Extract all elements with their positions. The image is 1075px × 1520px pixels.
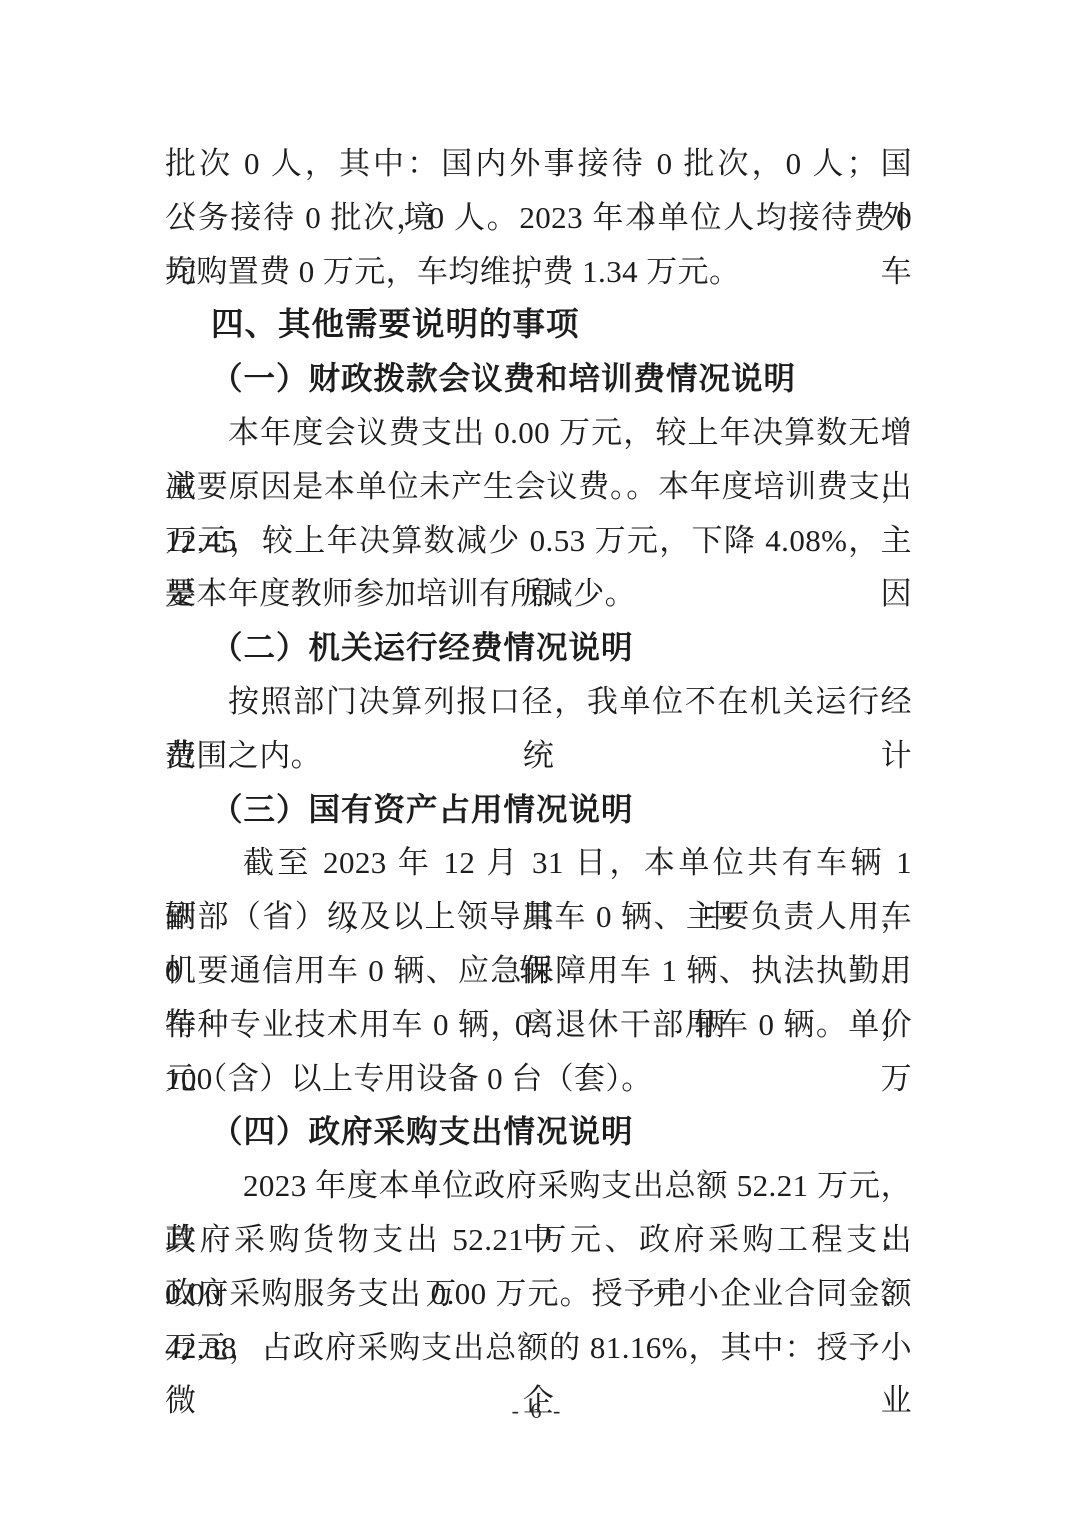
text-line: 批次 0 人，其中：国内外事接待 0 批次，0 人；国（境）外 bbox=[165, 137, 912, 191]
text-line: 按照部门决算列报口径，我单位不在机关运行经费统计 bbox=[165, 675, 912, 729]
subsection-heading: （四）政府采购支出情况说明 bbox=[165, 1105, 912, 1159]
text-line: 主要原因是本单位未产生会议费。。本年度培训费支出 12.45 bbox=[165, 460, 912, 514]
subsection-heading: （三）国有资产占用情况说明 bbox=[165, 783, 912, 837]
text-line: 本年度会议费支出 0.00 万元，较上年决算数无增减， bbox=[165, 406, 912, 460]
document-page: 批次 0 人，其中：国内外事接待 0 批次，0 人；国（境）外 公务接待 0 批… bbox=[0, 0, 1075, 1520]
text-line: 政府采购货物支出 52.21 万元、政府采购工程支出 0.00 万元、 bbox=[165, 1213, 912, 1267]
text-line: 副部（省）级及以上领导用车 0 辆、主要负责人用车 0 辆、 bbox=[165, 890, 912, 944]
page-body-text: 批次 0 人，其中：国内外事接待 0 批次，0 人；国（境）外 公务接待 0 批… bbox=[165, 137, 912, 1374]
section-heading: 四、其他需要说明的事项 bbox=[165, 298, 912, 352]
text-line: 万元，占政府采购支出总额的 81.16%，其中：授予小微企业 bbox=[165, 1321, 912, 1375]
subsection-heading: （一）财政拨款会议费和培训费情况说明 bbox=[165, 352, 912, 406]
text-line: 万元，较上年决算数减少 0.53 万元，下降 4.08%，主要原因 bbox=[165, 514, 912, 568]
text-line: 截至 2023 年 12 月 31 日，本单位共有车辆 1 辆，其中， bbox=[165, 836, 912, 890]
text-line: 2023 年度本单位政府采购支出总额 52.21 万元，其中： bbox=[165, 1159, 912, 1213]
text-line: 机要通信用车 0 辆、应急保障用车 1 辆、执法执勤用车 0 辆， bbox=[165, 944, 912, 998]
text-line: 公务接待 0 批次，0 人。2023 年本单位人均接待费 0 元，车 bbox=[165, 191, 912, 245]
text-line: 政府采购服务支出 0.00 万元。授予中小企业合同金额 42.38 bbox=[165, 1267, 912, 1321]
page-number: - 6 - bbox=[0, 1398, 1075, 1424]
subsection-heading: （二）机关运行经费情况说明 bbox=[165, 621, 912, 675]
text-line: 特种专业技术用车 0 辆，离退休干部用车 0 辆。单价 100 万 bbox=[165, 998, 912, 1052]
